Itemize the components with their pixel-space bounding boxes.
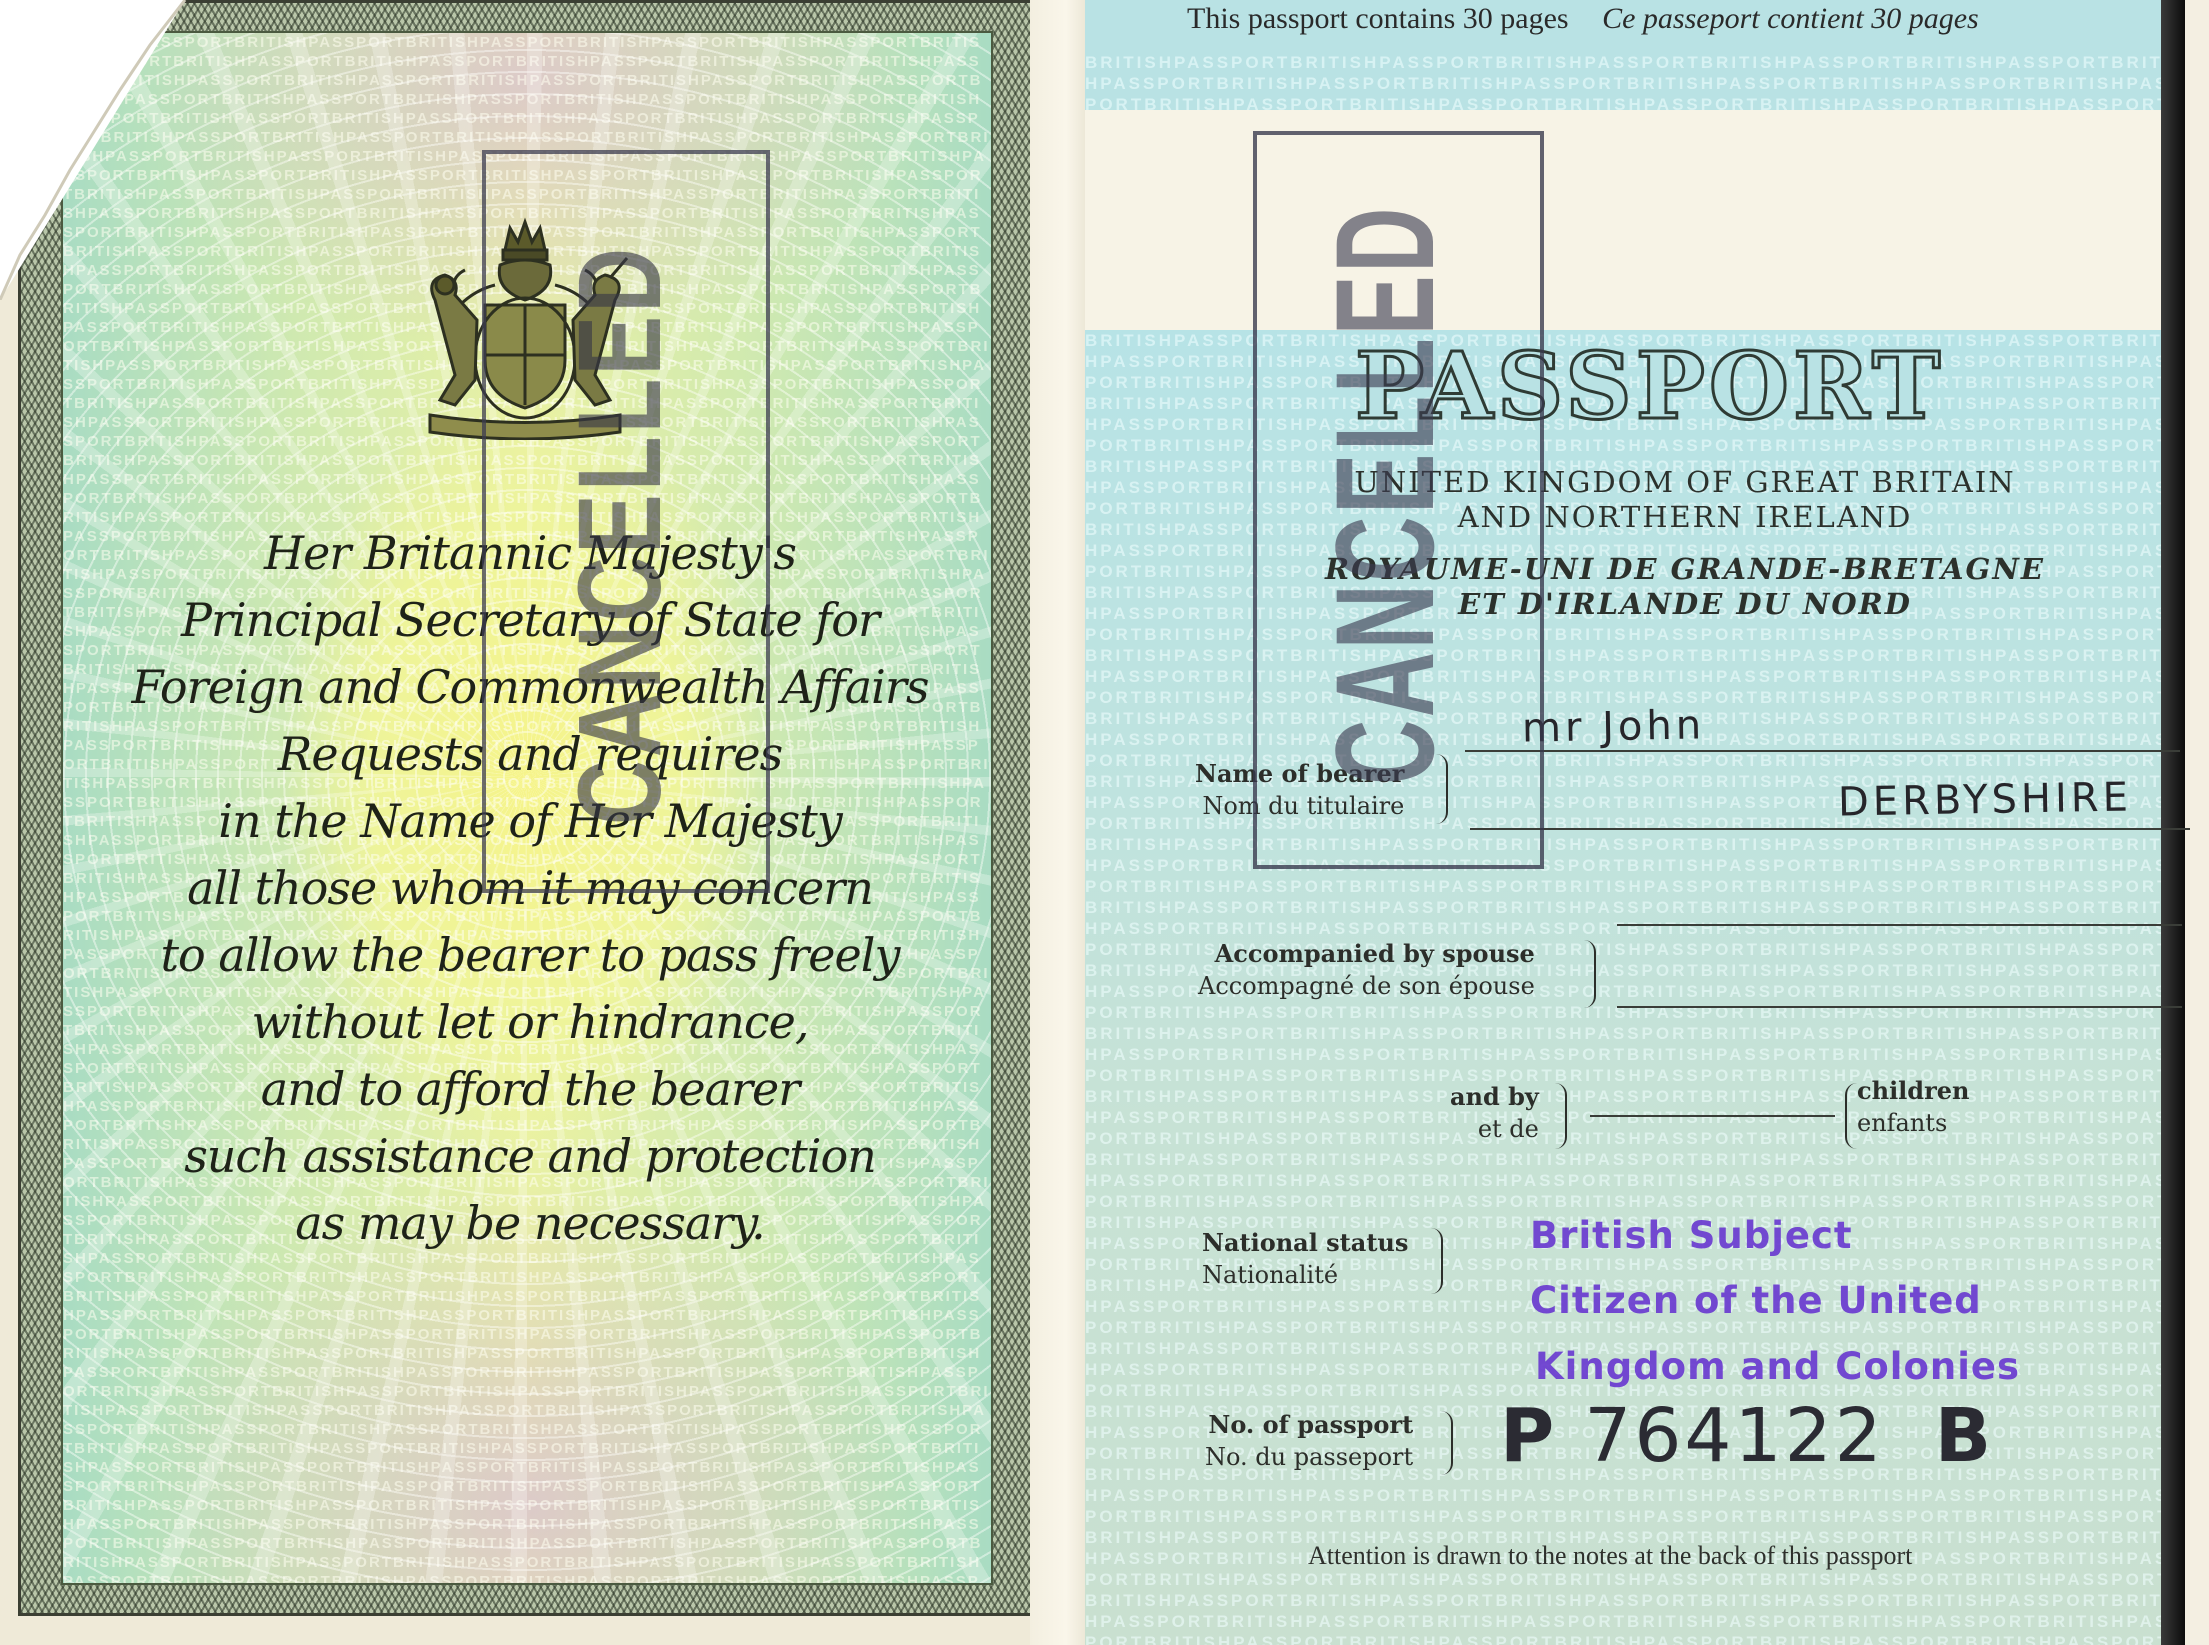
page-edge	[2161, 0, 2185, 1645]
label-fr: enfants	[1857, 1107, 1969, 1140]
brace	[1441, 1411, 1453, 1475]
page-count-fr: Ce passeport contient 30 pages	[1602, 2, 1979, 35]
brace	[1584, 940, 1596, 1008]
oath-line: without let or hindrance,	[120, 989, 940, 1056]
spouse-line-1	[1617, 924, 2182, 926]
svg-text:CANCELLED: CANCELLED	[560, 245, 686, 825]
label-en: and by	[1450, 1080, 1539, 1113]
label-en: No. of passport	[1205, 1408, 1413, 1441]
page-count-en: This passport contains 30 pages	[1187, 2, 1569, 35]
oath-line: as may be necessary.	[120, 1190, 940, 1257]
passport-number-suffix: B	[1935, 1393, 1991, 1479]
oath-line: such assistance and protection	[120, 1123, 940, 1190]
page-count-note: This passport contains 30 pages Ce passe…	[1187, 2, 1979, 36]
label-en: National status	[1202, 1226, 1408, 1259]
label-fr: Accompagné de son épouse	[1198, 970, 1535, 1003]
label-fr: Nationalité	[1202, 1259, 1408, 1292]
oath-line: to allow the bearer to pass freely	[120, 922, 940, 989]
passport-number-label: No. of passport No. du passeport	[1205, 1408, 1413, 1474]
spouse-label: Accompanied by spouse Accompagné de son …	[1198, 937, 1535, 1003]
cream-band	[1085, 110, 2185, 330]
microprint-background: BRITISHPASSPORTBRITISHPASSPORTBRITISHPAS…	[1085, 52, 2185, 110]
national-status-stamp-line: British Subject	[1530, 1214, 1853, 1257]
bearer-name-surname: DERBYSHIRE	[1838, 774, 2133, 825]
label-en: Accompanied by spouse	[1198, 937, 1535, 970]
name-line-2	[1470, 828, 2190, 830]
torn-corner	[0, 0, 200, 300]
label-fr: et de	[1450, 1113, 1539, 1146]
national-status-stamp-line: Kingdom and Colonies	[1535, 1345, 2020, 1388]
children-line	[1590, 1115, 1835, 1117]
left-page: BRITISHPASSPORTBRITISHPASSPORTBRITISHPAS…	[0, 0, 1080, 1645]
spouse-line-2	[1617, 1006, 2182, 1008]
brace	[1845, 1083, 1857, 1149]
passport-number-digits: 764122	[1584, 1393, 1885, 1479]
bearer-name-given: mr John	[1522, 702, 1706, 751]
footer-note: Attention is drawn to the notes at the b…	[1308, 1541, 1912, 1571]
label-fr: No. du passeport	[1205, 1441, 1413, 1474]
brace	[1555, 1083, 1567, 1149]
passport-number-prefix: P	[1500, 1393, 1554, 1479]
oath-line: and to afford the bearer	[120, 1056, 940, 1123]
children-suffix: children enfants	[1857, 1074, 1969, 1140]
national-status-stamp-line: Citizen of the United	[1530, 1279, 1982, 1322]
passport-number: P764122B	[1500, 1393, 1991, 1479]
children-label: and by et de	[1450, 1080, 1539, 1146]
cancelled-stamp: CANCELLED	[560, 235, 690, 835]
brace	[1431, 1228, 1443, 1294]
book-gutter	[1030, 0, 1090, 1645]
label-en: children	[1857, 1074, 1969, 1107]
national-status-label: National status Nationalité	[1202, 1226, 1408, 1292]
cancelled-stamp-frame	[1253, 131, 1544, 869]
